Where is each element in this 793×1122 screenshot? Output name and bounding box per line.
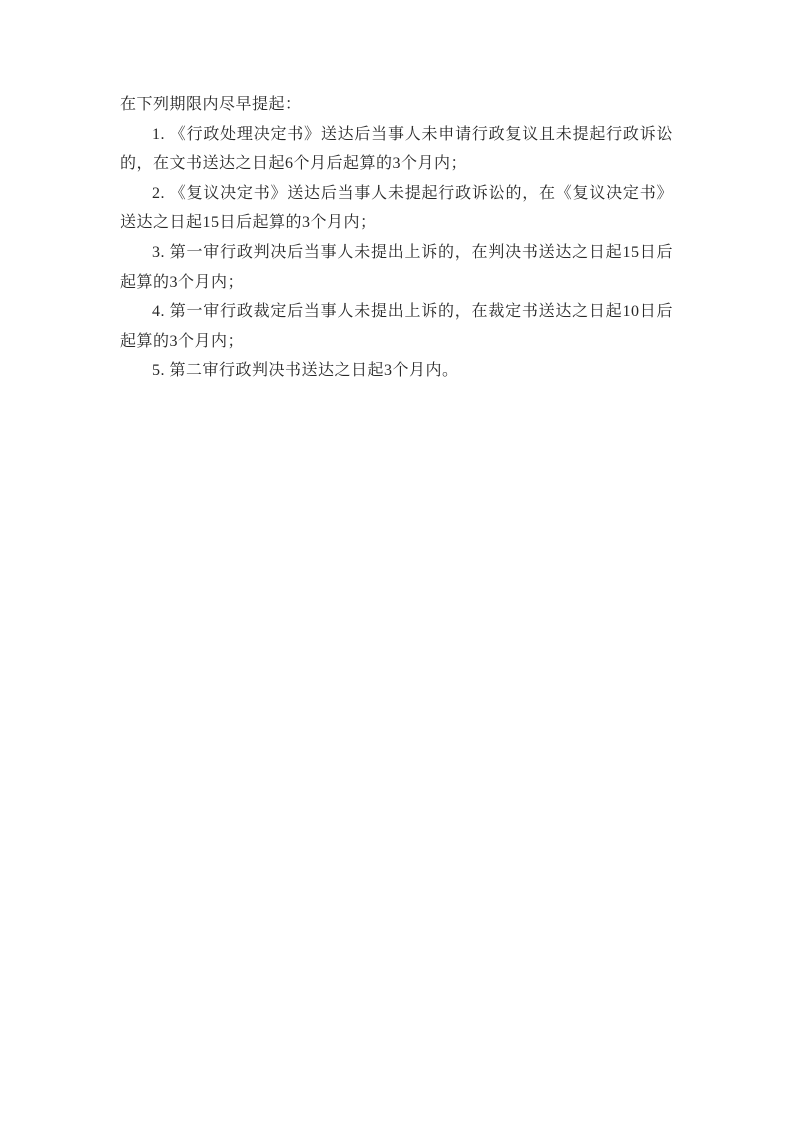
list-item-1: 1. 《行政处理决定书》送达后当事人未申请行政复议且未提起行政诉讼的，在文书送达… [120,120,673,179]
document-page: 在下列期限内尽早提起： 1. 《行政处理决定书》送达后当事人未申请行政复议且未提… [0,0,793,1122]
document-text-block: 在下列期限内尽早提起： 1. 《行政处理决定书》送达后当事人未申请行政复议且未提… [120,90,673,386]
list-item-3: 3. 第一审行政判决后当事人未提出上诉的，在判决书送达之日起15日后起算的3个月… [120,238,673,297]
list-item-5: 5. 第二审行政判决书送达之日起3个月内。 [120,356,673,386]
intro-line: 在下列期限内尽早提起： [120,90,673,120]
list-item-4: 4. 第一审行政裁定后当事人未提出上诉的，在裁定书送达之日起10日后起算的3个月… [120,297,673,356]
list-item-2: 2. 《复议决定书》送达后当事人未提起行政诉讼的，在《复议决定书》送达之日起15… [120,179,673,238]
